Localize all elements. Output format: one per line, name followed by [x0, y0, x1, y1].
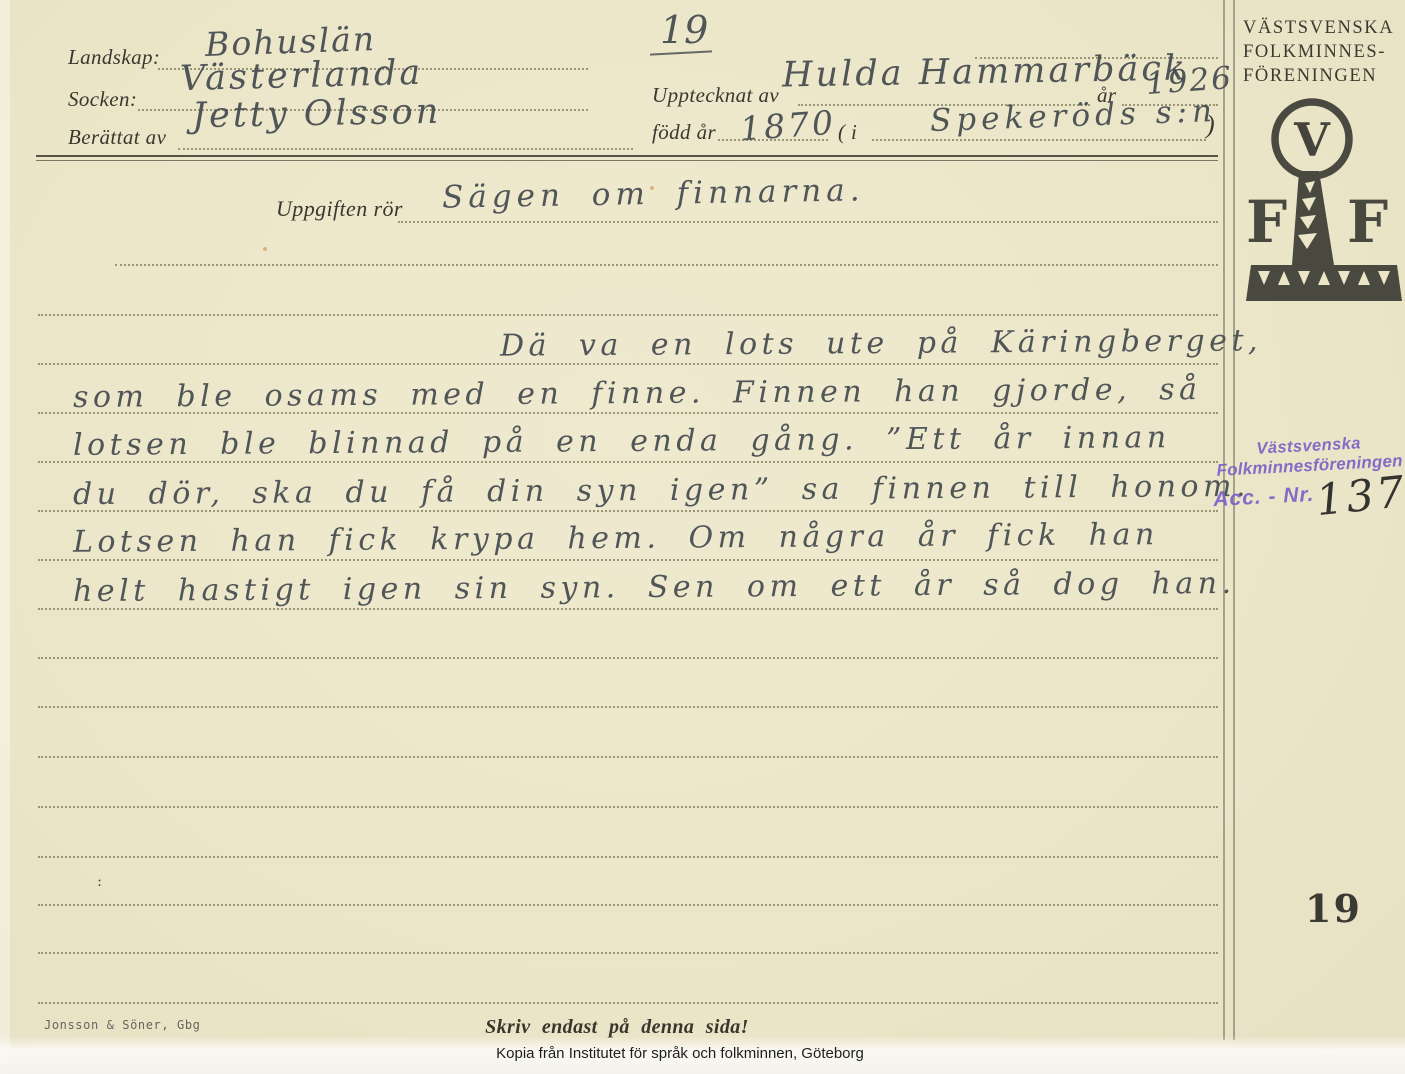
- ruled-line: [38, 706, 1218, 708]
- ruled-line: [38, 806, 1218, 808]
- ruled-line: [38, 1002, 1218, 1004]
- org-name-line: VÄSTSVENSKA: [1243, 18, 1394, 39]
- born-paren-close: ): [1206, 110, 1215, 140]
- berattat-av-label: Berättat av: [68, 125, 166, 150]
- archive-copy-caption: Kopia från Institutet för språk och folk…: [496, 1045, 864, 1062]
- ruled-line: [38, 856, 1218, 858]
- margin-rule-left: [1223, 0, 1225, 1040]
- topic-value-handwritten: Sägen om finnarna.: [442, 172, 865, 215]
- socken-label: Socken:: [68, 87, 137, 112]
- body-line-handwritten: Dä va en lots ute på Käringberget,: [500, 323, 1262, 363]
- berattat-av-value-handwritten: Jetty Olsson: [192, 92, 442, 136]
- archive-card-scan: Landskap: Bohuslän Socken: Västerlanda B…: [0, 0, 1405, 1074]
- page-number-stamp: 19: [1305, 886, 1362, 931]
- body-line-handwritten: du dör, ska du få din syn igen” sa finne…: [73, 469, 1250, 512]
- stray-colon-mark: :: [97, 872, 102, 890]
- body-line-handwritten: lotsen ble blinnad på en enda gång. ”Ett…: [73, 420, 1171, 463]
- thors-hammer-logo-icon: V F F: [1246, 95, 1402, 307]
- born-paren-open: ( i: [838, 120, 857, 145]
- logo-letter-f-left: F: [1246, 188, 1287, 256]
- ruled-line: [38, 608, 1218, 610]
- paper-speck: [263, 247, 267, 251]
- born-year-value-handwritten: 1870: [739, 103, 837, 149]
- born-parish-handwritten: Spekeröds s:n: [929, 93, 1217, 139]
- ruled-line: [38, 559, 1218, 561]
- body-line-handwritten: Lotsen han fick krypa hem. Om några år f…: [73, 517, 1159, 560]
- page-number-handwritten: 19: [660, 8, 708, 52]
- ruled-line: [115, 264, 1218, 266]
- born-year-label: född år: [652, 120, 716, 145]
- ruled-line: [38, 952, 1218, 954]
- scan-edge: [0, 0, 10, 1074]
- ruled-line: [38, 657, 1218, 659]
- topic-label: Uppgiften rör: [276, 196, 403, 222]
- printer-mark: Jonsson & Söner, Gbg: [44, 1018, 201, 1032]
- org-name-line: FÖRENINGEN: [1243, 66, 1377, 87]
- header-divider-rule: [36, 155, 1218, 161]
- ruled-line: [872, 139, 1206, 141]
- ruled-line: [38, 904, 1218, 906]
- body-line-handwritten: som ble osams med en finne. Finnen han g…: [73, 372, 1202, 415]
- ruled-line: [398, 221, 1218, 223]
- margin-rule-right: [1233, 0, 1235, 1040]
- ruled-line: [178, 148, 633, 150]
- upptecknat-label: Upptecknat av: [652, 83, 779, 108]
- ruled-line: [38, 363, 1218, 365]
- logo-letter-v: V: [1293, 113, 1331, 167]
- logo-letter-f-right: F: [1347, 188, 1388, 256]
- org-name-line: FOLKMINNES-: [1243, 42, 1386, 63]
- body-line-handwritten: helt hastigt igen sin syn. Sen om ett år…: [73, 566, 1236, 609]
- ruled-line: [38, 314, 1218, 316]
- paper-speck: [650, 186, 654, 190]
- upptecknat-value-handwritten: Hulda Hammarbäck: [782, 48, 1189, 95]
- ruled-line: [38, 756, 1218, 758]
- landskap-label: Landskap:: [68, 45, 160, 70]
